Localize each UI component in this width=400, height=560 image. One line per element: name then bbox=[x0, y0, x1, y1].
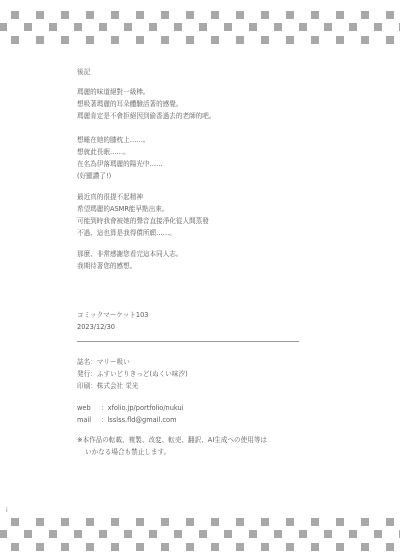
checker-square bbox=[86, 518, 94, 526]
checker-square bbox=[236, 11, 244, 19]
checker-square bbox=[324, 530, 332, 538]
checker-square bbox=[74, 23, 82, 31]
checker-square bbox=[161, 36, 169, 44]
checker-square bbox=[324, 23, 332, 31]
checker-square bbox=[124, 23, 132, 31]
checker-square bbox=[274, 23, 282, 31]
checker-square bbox=[286, 518, 294, 526]
checker-square bbox=[299, 530, 307, 538]
checker-square bbox=[186, 11, 194, 19]
colophon-title: 誌名：マリー吸い bbox=[77, 358, 130, 367]
checker-square bbox=[0, 530, 7, 538]
paragraph-line: 想吸著瑪麗的耳朵體驗活著的感覺。 bbox=[77, 100, 183, 109]
checker-square bbox=[36, 543, 44, 551]
checker-square bbox=[211, 36, 219, 44]
divider bbox=[77, 341, 299, 342]
checker-square bbox=[249, 23, 257, 31]
checker-square bbox=[186, 518, 194, 526]
checker-square bbox=[86, 36, 94, 44]
checker-square bbox=[274, 530, 282, 538]
checker-square bbox=[224, 23, 232, 31]
checker-square bbox=[311, 11, 319, 19]
checker-square bbox=[49, 23, 57, 31]
checker-square bbox=[124, 530, 132, 538]
paragraph-line: 那麼、非常感謝您看完這本同人志。 bbox=[77, 250, 183, 259]
paragraph-line: 想就此長眠……。 bbox=[77, 148, 130, 157]
checker-square bbox=[136, 11, 144, 19]
checker-square bbox=[349, 23, 357, 31]
checker-square bbox=[311, 518, 319, 526]
checker-square bbox=[361, 543, 369, 551]
checker-square bbox=[136, 543, 144, 551]
checker-square bbox=[361, 518, 369, 526]
checker-square bbox=[161, 518, 169, 526]
checker-square bbox=[286, 36, 294, 44]
checker-square bbox=[199, 530, 207, 538]
checker-square bbox=[0, 23, 7, 31]
paragraph-line: 在名為伊落瑪麗的陽光中…… bbox=[77, 160, 163, 169]
paragraph-line: (好顯讚了!) bbox=[77, 172, 111, 181]
checker-square bbox=[24, 530, 32, 538]
checker-square bbox=[61, 11, 69, 19]
checker-border-top bbox=[0, 8, 400, 52]
checker-square bbox=[236, 518, 244, 526]
checker-square bbox=[86, 11, 94, 19]
paragraph-line: 瑪麗的味道絕對一級棒。 bbox=[77, 88, 150, 97]
checker-square bbox=[36, 518, 44, 526]
checker-square bbox=[261, 543, 269, 551]
checker-square bbox=[236, 543, 244, 551]
checker-square bbox=[386, 11, 394, 19]
checker-square bbox=[386, 543, 394, 551]
checker-square bbox=[236, 36, 244, 44]
checker-square bbox=[211, 518, 219, 526]
checker-square bbox=[49, 530, 57, 538]
afterword-heading: 後記 bbox=[77, 68, 90, 77]
event-name: コミックマーケット103 bbox=[77, 311, 148, 320]
checker-square bbox=[261, 36, 269, 44]
checker-square bbox=[61, 518, 69, 526]
checker-square bbox=[186, 543, 194, 551]
paragraph-line: 希望瑪麗的ASMR能早點出來。 bbox=[77, 205, 169, 214]
checker-square bbox=[349, 530, 357, 538]
checker-square bbox=[24, 23, 32, 31]
checker-square bbox=[386, 518, 394, 526]
checker-square bbox=[61, 36, 69, 44]
checker-square bbox=[111, 11, 119, 19]
checker-square bbox=[261, 11, 269, 19]
colophon-printer: 印刷：株式会社 栄光 bbox=[77, 382, 138, 391]
checker-square bbox=[11, 518, 19, 526]
checker-square bbox=[36, 11, 44, 19]
checker-square bbox=[11, 36, 19, 44]
contact-web: web：xfolio.jp/portfolio/nukui bbox=[77, 404, 184, 413]
checker-square bbox=[86, 543, 94, 551]
paragraph-line: 想睡在她的膝枕上……。 bbox=[77, 136, 150, 145]
checker-square bbox=[99, 23, 107, 31]
checker-square bbox=[336, 36, 344, 44]
contact-mail: mail：lsslss.fld@gmail.com bbox=[77, 416, 177, 425]
paragraph-line: 不過、這也算是我得償所願……。 bbox=[77, 229, 176, 238]
paragraph-line: 瑪麗肯定是不會拒絕因到偷香過去的老師的吧。 bbox=[77, 112, 215, 121]
checker-square bbox=[211, 11, 219, 19]
checker-square bbox=[11, 543, 19, 551]
checker-square bbox=[286, 11, 294, 19]
checker-square bbox=[261, 518, 269, 526]
checker-square bbox=[374, 23, 382, 31]
checker-square bbox=[111, 543, 119, 551]
copyright-notice: ※本作品の転載、複製、改変、転売、翻訳、AI生成への使用等は bbox=[77, 436, 267, 445]
checker-square bbox=[361, 11, 369, 19]
checker-square bbox=[299, 23, 307, 31]
checker-square bbox=[374, 530, 382, 538]
colophon-publisher: 発行：ふすいどりきっど(ぬくい味汐) bbox=[77, 370, 188, 379]
checker-square bbox=[174, 23, 182, 31]
paragraph-line: 我期待著您的感想。 bbox=[77, 262, 136, 271]
paragraph-line: 可能到時我會被她的聲音直接淨化從人間蒸發 bbox=[77, 217, 209, 226]
checker-square bbox=[199, 23, 207, 31]
checker-square bbox=[11, 11, 19, 19]
checker-square bbox=[224, 530, 232, 538]
checker-square bbox=[74, 530, 82, 538]
copyright-notice: いかなる場合も禁止します。 bbox=[85, 448, 170, 457]
checker-square bbox=[311, 543, 319, 551]
event-date: 2023/12/30 bbox=[77, 323, 115, 332]
checker-square bbox=[336, 518, 344, 526]
page-mark: i bbox=[6, 507, 8, 514]
checker-square bbox=[186, 36, 194, 44]
checker-square bbox=[136, 36, 144, 44]
checker-square bbox=[249, 530, 257, 538]
checker-square bbox=[111, 518, 119, 526]
checker-square bbox=[311, 36, 319, 44]
checker-square bbox=[336, 543, 344, 551]
checker-square bbox=[149, 530, 157, 538]
checker-border-bottom bbox=[0, 515, 400, 559]
checker-square bbox=[149, 23, 157, 31]
checker-square bbox=[136, 518, 144, 526]
checker-square bbox=[361, 36, 369, 44]
checker-square bbox=[161, 11, 169, 19]
checker-square bbox=[61, 543, 69, 551]
checker-square bbox=[336, 11, 344, 19]
checker-square bbox=[286, 543, 294, 551]
checker-square bbox=[161, 543, 169, 551]
checker-square bbox=[99, 530, 107, 538]
checker-square bbox=[36, 36, 44, 44]
checker-square bbox=[174, 530, 182, 538]
checker-square bbox=[386, 36, 394, 44]
checker-square bbox=[211, 543, 219, 551]
checker-square bbox=[111, 36, 119, 44]
paragraph-line: 最近真的很提不起精神 bbox=[77, 193, 143, 202]
